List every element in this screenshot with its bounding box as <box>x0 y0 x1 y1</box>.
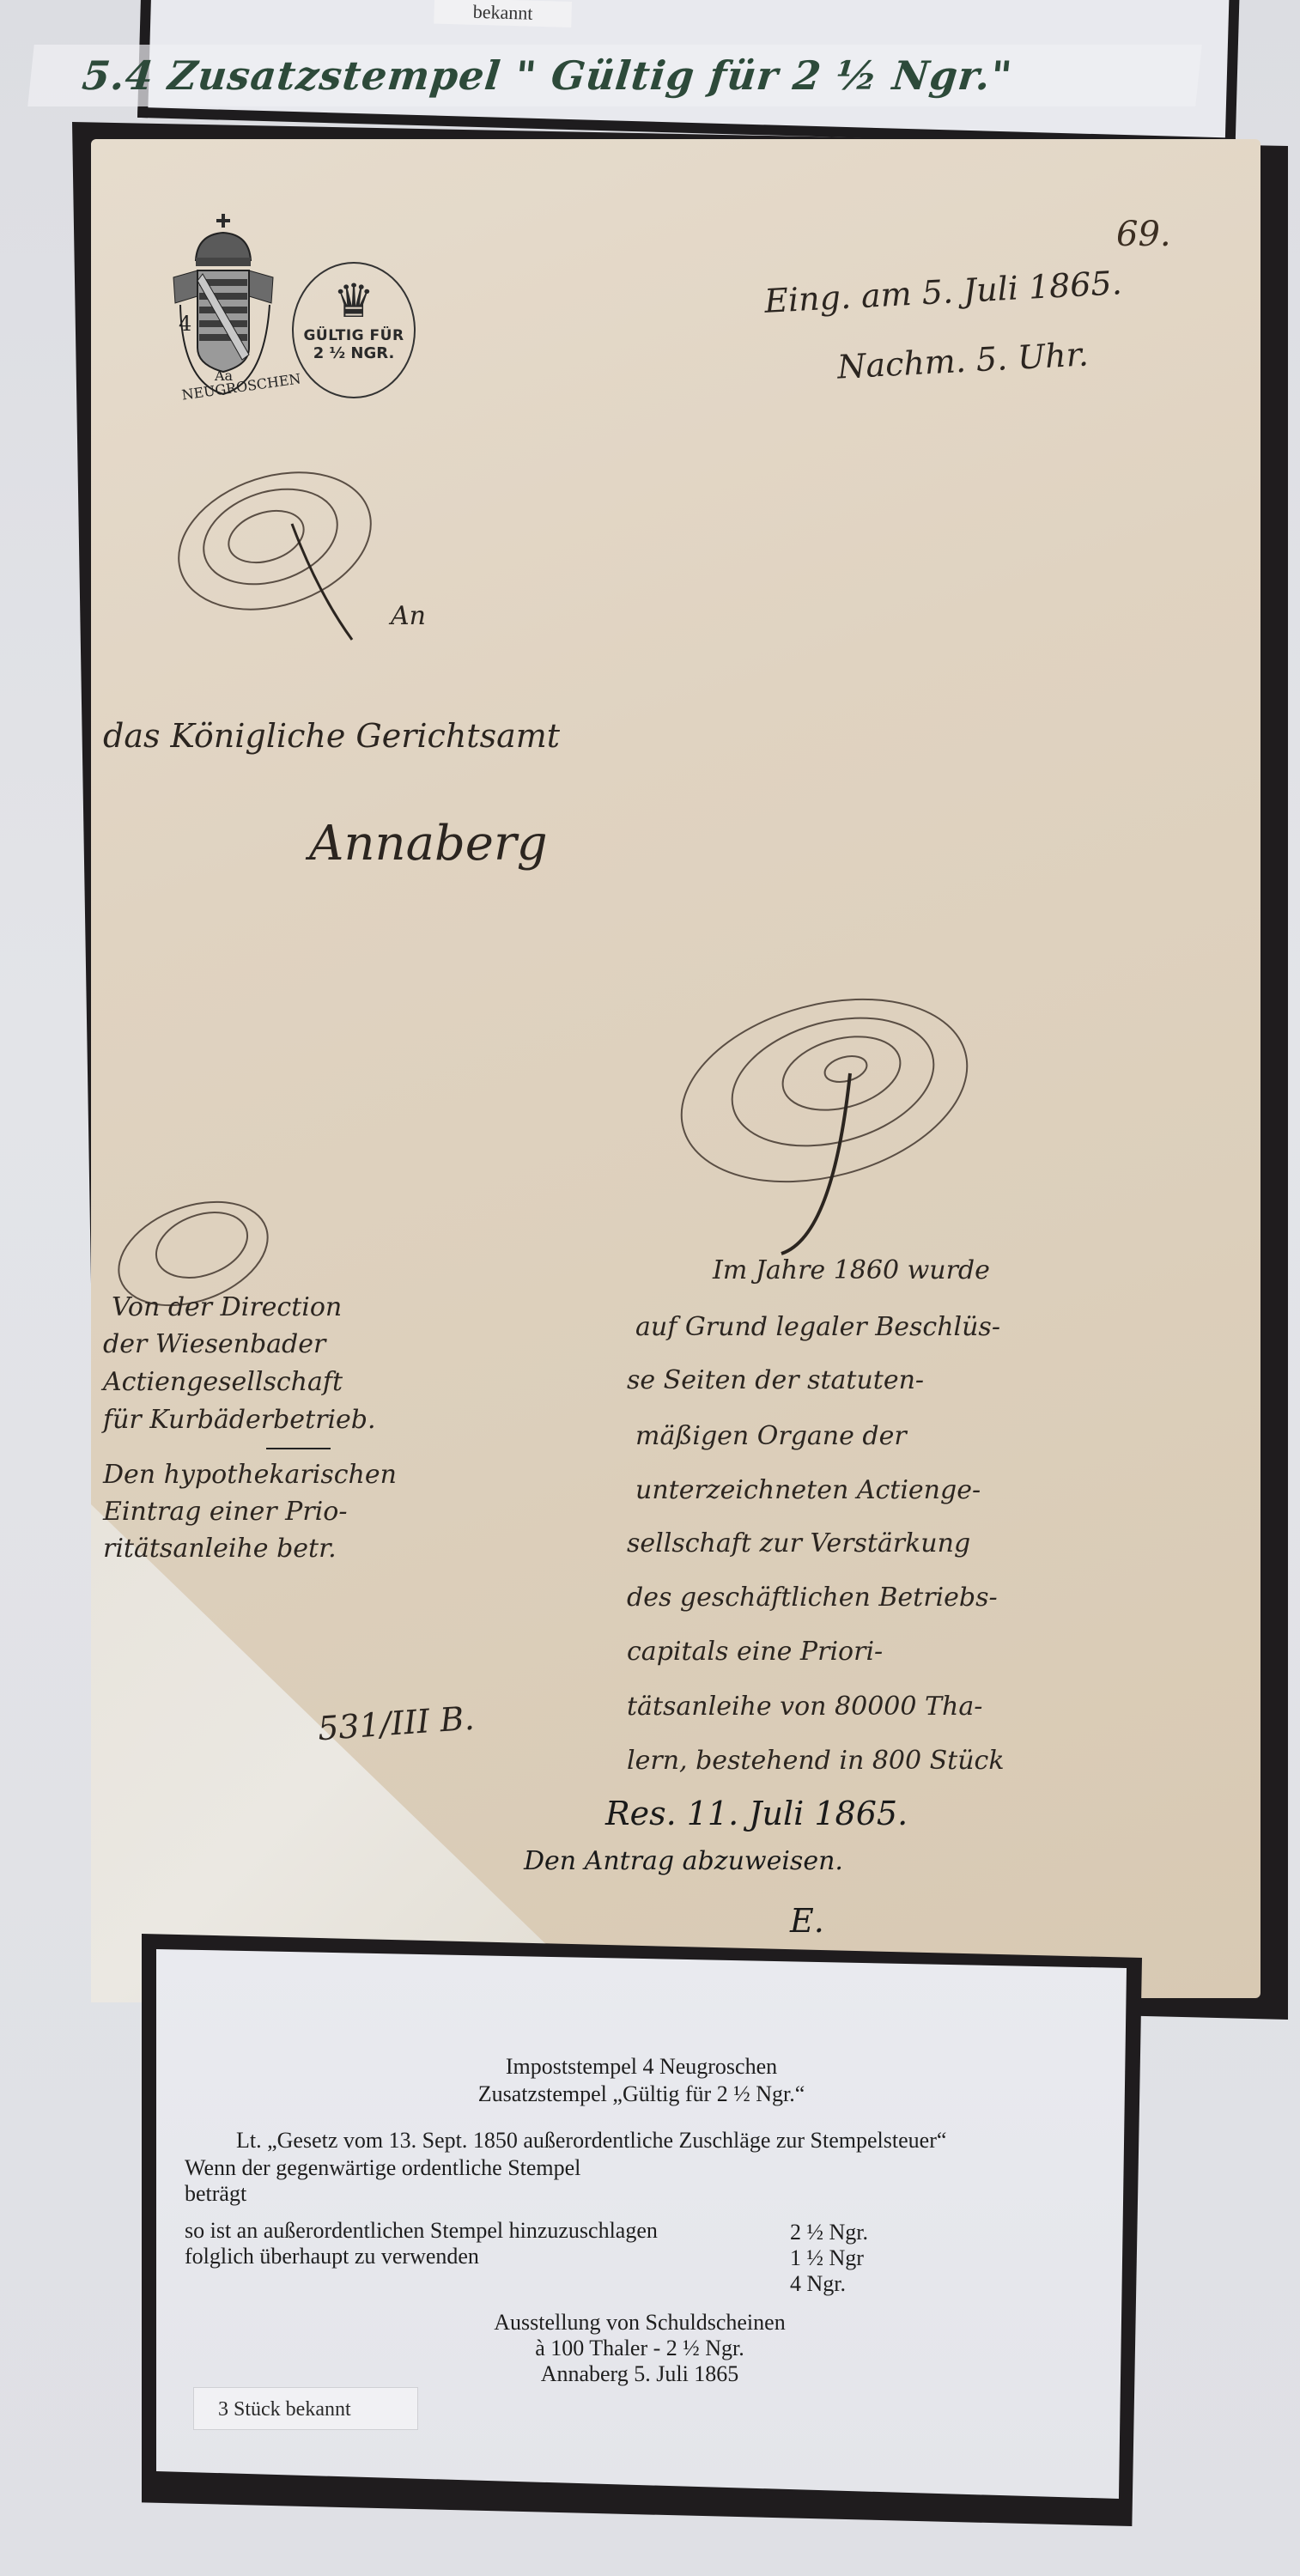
left-column-line: Eintrag einer Prio- <box>103 1497 347 1527</box>
right-column-line: des geschäftlichen Betriebs- <box>627 1583 998 1613</box>
exhibit-heading: 5.4 Zusatzstempel " Gültig für 2 ½ Ngr." <box>27 45 1202 106</box>
previous-card-tag: bekannt <box>434 0 572 27</box>
left-column-line: für Kurbäderbetrieb. <box>103 1405 376 1435</box>
page-number: 69. <box>1116 215 1171 254</box>
amount-total: 4 Ngr. <box>790 2271 868 2297</box>
resolution-text: Den Antrag abzuweisen. <box>524 1846 843 1876</box>
label-row-text: so ist an außerordentlichen Stempel hinz… <box>185 2218 658 2244</box>
saxony-coat-of-arms-icon: 4 Aa NEUGROSCHEN <box>163 210 301 404</box>
left-column-line: Actiengesellschaft <box>103 1367 343 1397</box>
right-column-line: sellschaft zur Verstärkung <box>627 1528 970 1558</box>
addressee-line2: Annaberg <box>309 816 548 872</box>
usage-line3: Annaberg 5. Juli 1865 <box>326 2361 953 2387</box>
right-column-line: se Seiten der statuten- <box>627 1365 924 1395</box>
surcharge-stamp-line1: GÜLTIG FÜR <box>294 327 414 344</box>
label-law-line: Lt. „Gesetz vom 13. Sept. 1850 außerorde… <box>236 2128 946 2154</box>
right-column-line: auf Grund legaler Beschlüs- <box>635 1312 1000 1342</box>
left-column-line: Von der Direction <box>112 1292 342 1322</box>
label-row-text: folglich überhaupt zu verwenden <box>185 2244 479 2269</box>
label-row-text: Wenn der gegenwärtige ordentliche Stempe… <box>185 2155 580 2181</box>
salutation: An <box>391 601 426 631</box>
flourish-initial-i-icon <box>635 979 979 1271</box>
usage-line2: à 100 Thaler - 2 ½ Ngr. <box>326 2336 953 2361</box>
crown-icon: ♛ <box>294 276 414 327</box>
known-count-tag: 3 Stück bekannt <box>193 2387 418 2430</box>
label-title-line2: Zusatzstempel „Gültig für 2 ½ Ngr.“ <box>156 2081 1127 2107</box>
amount-regular: 2 ½ Ngr. <box>790 2220 868 2245</box>
label-row-text: beträgt <box>185 2181 246 2207</box>
svg-text:NEUGROSCHEN: NEUGROSCHEN <box>180 370 301 403</box>
resolution-date: Res. 11. Juli 1865. <box>605 1795 908 1832</box>
surcharge-stamp: ♛ GÜLTIG FÜR 2 ½ NGR. <box>292 262 416 398</box>
surcharge-stamp-line2: 2 ½ NGR. <box>294 344 414 362</box>
label-amounts: 2 ½ Ngr. 1 ½ Ngr 4 Ngr. <box>790 2220 868 2297</box>
svg-text:4: 4 <box>179 312 191 336</box>
right-column-line: capitals eine Priori- <box>627 1637 883 1667</box>
right-column-line: Im Jahre 1860 wurde <box>713 1255 990 1285</box>
label-title-line1: Impoststempel 4 Neugroschen <box>156 2054 1127 2080</box>
signature-initial: E. <box>790 1902 824 1940</box>
left-column-line: der Wiesenbader <box>103 1329 325 1359</box>
right-column-line: tätsanleihe von 80000 Tha- <box>627 1692 982 1722</box>
addressee-line1: das Königliche Gerichtsamt <box>103 717 560 755</box>
right-column-line: lern, bestehend in 800 Stück <box>627 1746 1005 1776</box>
right-column-line: unterzeichneten Actienge- <box>635 1475 981 1505</box>
usage-line1: Ausstellung von Schuldscheinen <box>326 2310 953 2336</box>
folded-corner <box>91 1504 606 2002</box>
right-column-line: mäßigen Organe der <box>635 1421 907 1451</box>
amount-surcharge: 1 ½ Ngr <box>790 2245 868 2271</box>
left-column-line: ritätsanleihe betr. <box>103 1534 337 1564</box>
separator-line <box>266 1448 331 1449</box>
left-column-line: Den hypothekarischen <box>103 1460 397 1490</box>
